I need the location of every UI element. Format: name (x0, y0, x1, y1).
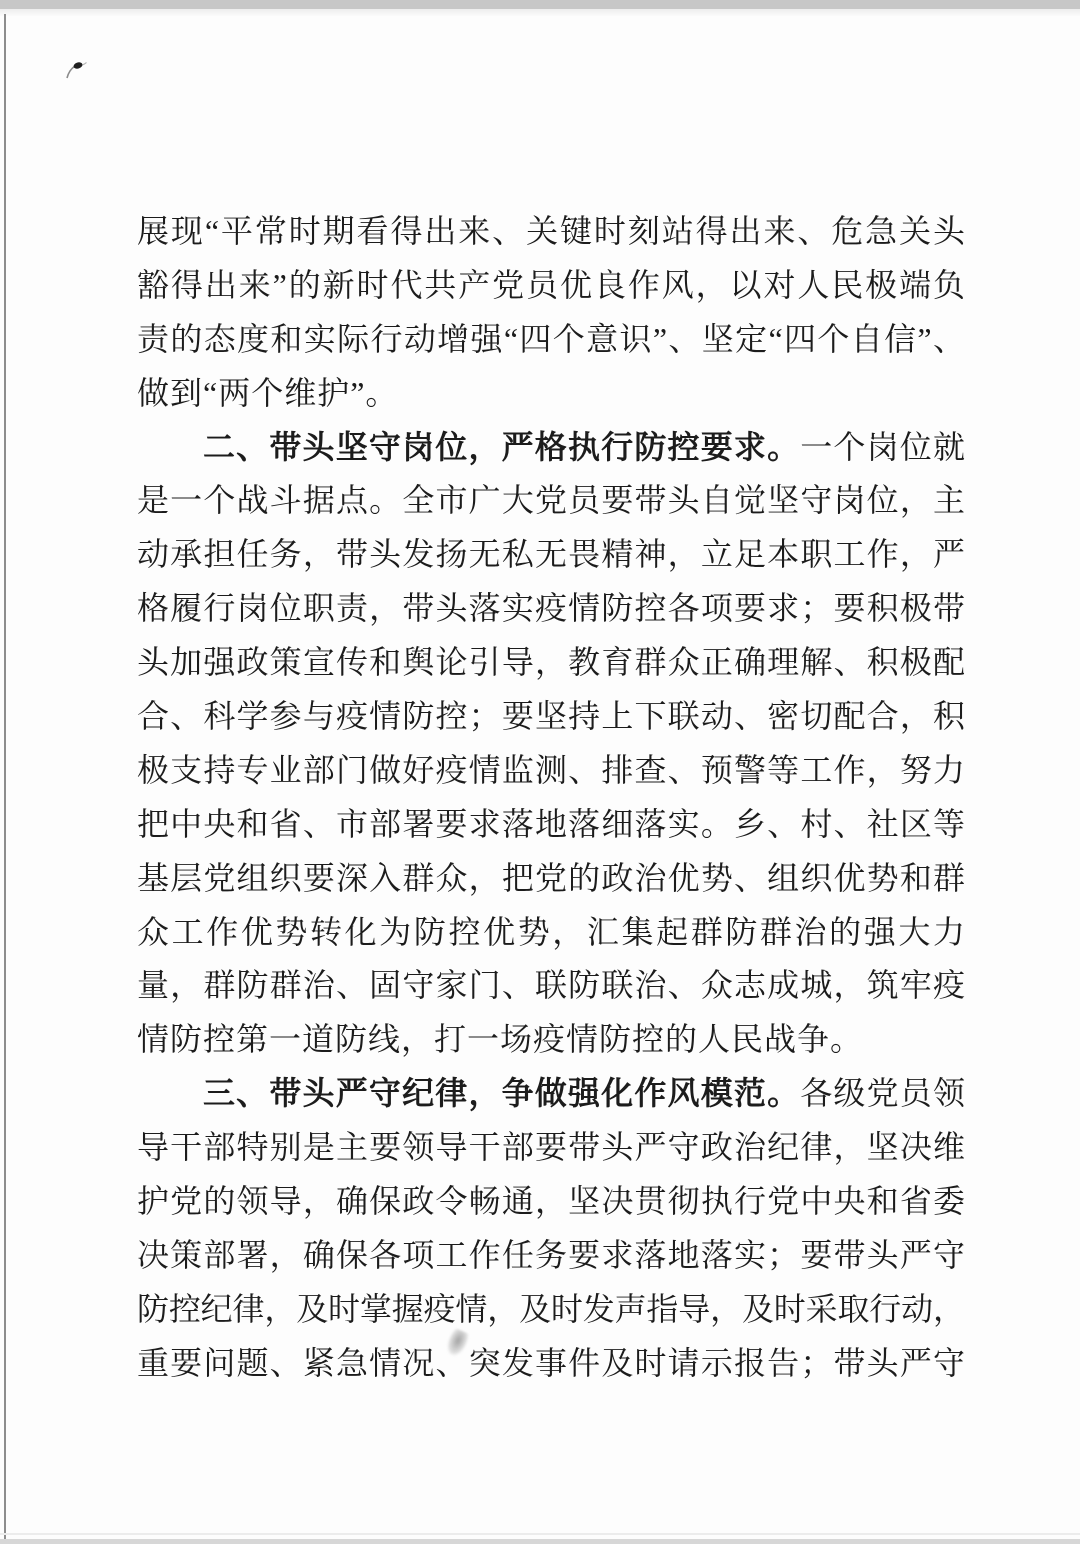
text-line: 展现“平常时期看得出来、关键时刻站得出来、危急关头 (137, 205, 963, 259)
scan-top-edge-soft (0, 9, 1080, 16)
line-text: 防控纪律，及时掌握疫情，及时发声指导，及时采取行动， (137, 1291, 963, 1327)
line-text: 各级党员领 (800, 1075, 963, 1111)
text-line: 重要问题、紧急情况、突发事件及时请示报告；带头严守 (137, 1337, 963, 1391)
text-line: 豁得出来”的新时代共产党员优良作风，以对人民极端负 (137, 259, 963, 313)
text-line: 护党的领导，确保政令畅通，坚决贯彻执行党中央和省委 (137, 1175, 963, 1229)
line-text: 基层党组织要深入群众，把党的政治优势、组织优势和群 (137, 860, 963, 896)
section-heading-3: 三、带头严守纪律，争做强化作风模范。 (203, 1075, 800, 1111)
line-text: 头加强政策宣传和舆论引导，教育群众正确理解、积极配 (137, 644, 963, 680)
line-text: 格履行岗位职责，带头落实疫情防控各项要求；要积极带 (137, 590, 963, 626)
document-body: 展现“平常时期看得出来、关键时刻站得出来、危急关头 豁得出来”的新时代共产党员优… (137, 205, 963, 1391)
ink-mark (64, 58, 92, 82)
text-line: 责的态度和实际行动增强“四个意识”、坚定“四个自信”、 (137, 313, 963, 367)
document-page: 展现“平常时期看得出来、关键时刻站得出来、危急关头 豁得出来”的新时代共产党员优… (0, 0, 1080, 1544)
line-text: 责的态度和实际行动增强“四个意识”、坚定“四个自信”、 (137, 321, 963, 357)
text-line: 二、带头坚守岗位，严格执行防控要求。一个岗位就 (137, 421, 963, 475)
text-line: 防控纪律，及时掌握疫情，及时发声指导，及时采取行动， (137, 1283, 963, 1337)
line-text: 量，群防群治、固守家门、联防联治、众志成城，筑牢疫 (137, 967, 963, 1003)
scan-bottom-edge (0, 1539, 1080, 1544)
text-line: 决策部署，确保各项工作任务要求落地落实；要带头严守 (137, 1229, 963, 1283)
text-line: 情防控第一道防线，打一场疫情防控的人民战争。 (137, 1013, 963, 1067)
text-line: 极支持专业部门做好疫情监测、排查、预警等工作，努力 (137, 744, 963, 798)
line-text: 众工作优势转化为防控优势，汇集起群防群治的强大力 (137, 914, 963, 950)
line-text: 豁得出来”的新时代共产党员优良作风，以对人民极端负 (137, 267, 963, 303)
text-line: 基层党组织要深入群众，把党的政治优势、组织优势和群 (137, 852, 963, 906)
line-text: 动承担任务，带头发扬无私无畏精神，立足本职工作，严 (137, 536, 963, 572)
line-text: 一个岗位就 (800, 429, 963, 465)
line-text: 合、科学参与疫情防控；要坚持上下联动、密切配合，积 (137, 698, 963, 734)
text-line: 头加强政策宣传和舆论引导，教育群众正确理解、积极配 (137, 636, 963, 690)
section-heading-2: 二、带头坚守岗位，严格执行防控要求。 (203, 429, 800, 465)
text-line: 量，群防群治、固守家门、联防联治、众志成城，筑牢疫 (137, 959, 963, 1013)
line-text: 情防控第一道防线，打一场疫情防控的人民战争。 (137, 1021, 863, 1057)
line-text: 重要问题、紧急情况、突发事件及时请示报告；带头严守 (137, 1345, 963, 1381)
scan-left-edge (4, 14, 6, 1544)
line-text: 极支持专业部门做好疫情监测、排查、预警等工作，努力 (137, 752, 963, 788)
text-line: 是一个战斗据点。全市广大党员要带头自觉坚守岗位，主 (137, 474, 963, 528)
text-line: 三、带头严守纪律，争做强化作风模范。各级党员领 (137, 1067, 963, 1121)
scan-bottom-edge-faint (0, 1533, 1080, 1535)
line-text: 导干部特别是主要领导干部要带头严守政治纪律，坚决维 (137, 1129, 963, 1165)
line-text: 把中央和省、市部署要求落地落细落实。乡、村、社区等 (137, 806, 963, 842)
text-line: 导干部特别是主要领导干部要带头严守政治纪律，坚决维 (137, 1121, 963, 1175)
line-text: 决策部署，确保各项工作任务要求落地落实；要带头严守 (137, 1237, 963, 1273)
text-line: 合、科学参与疫情防控；要坚持上下联动、密切配合，积 (137, 690, 963, 744)
line-text: 是一个战斗据点。全市广大党员要带头自觉坚守岗位，主 (137, 482, 963, 518)
text-line: 动承担任务，带头发扬无私无畏精神，立足本职工作，严 (137, 528, 963, 582)
text-line: 把中央和省、市部署要求落地落细落实。乡、村、社区等 (137, 798, 963, 852)
line-text: 做到“两个维护”。 (137, 375, 398, 411)
scan-top-edge (0, 0, 1080, 9)
text-line: 格履行岗位职责，带头落实疫情防控各项要求；要积极带 (137, 582, 963, 636)
line-text: 护党的领导，确保政令畅通，坚决贯彻执行党中央和省委 (137, 1183, 963, 1219)
text-line: 做到“两个维护”。 (137, 367, 963, 421)
text-line: 众工作优势转化为防控优势，汇集起群防群治的强大力 (137, 906, 963, 960)
line-text: 展现“平常时期看得出来、关键时刻站得出来、危急关头 (137, 213, 963, 249)
